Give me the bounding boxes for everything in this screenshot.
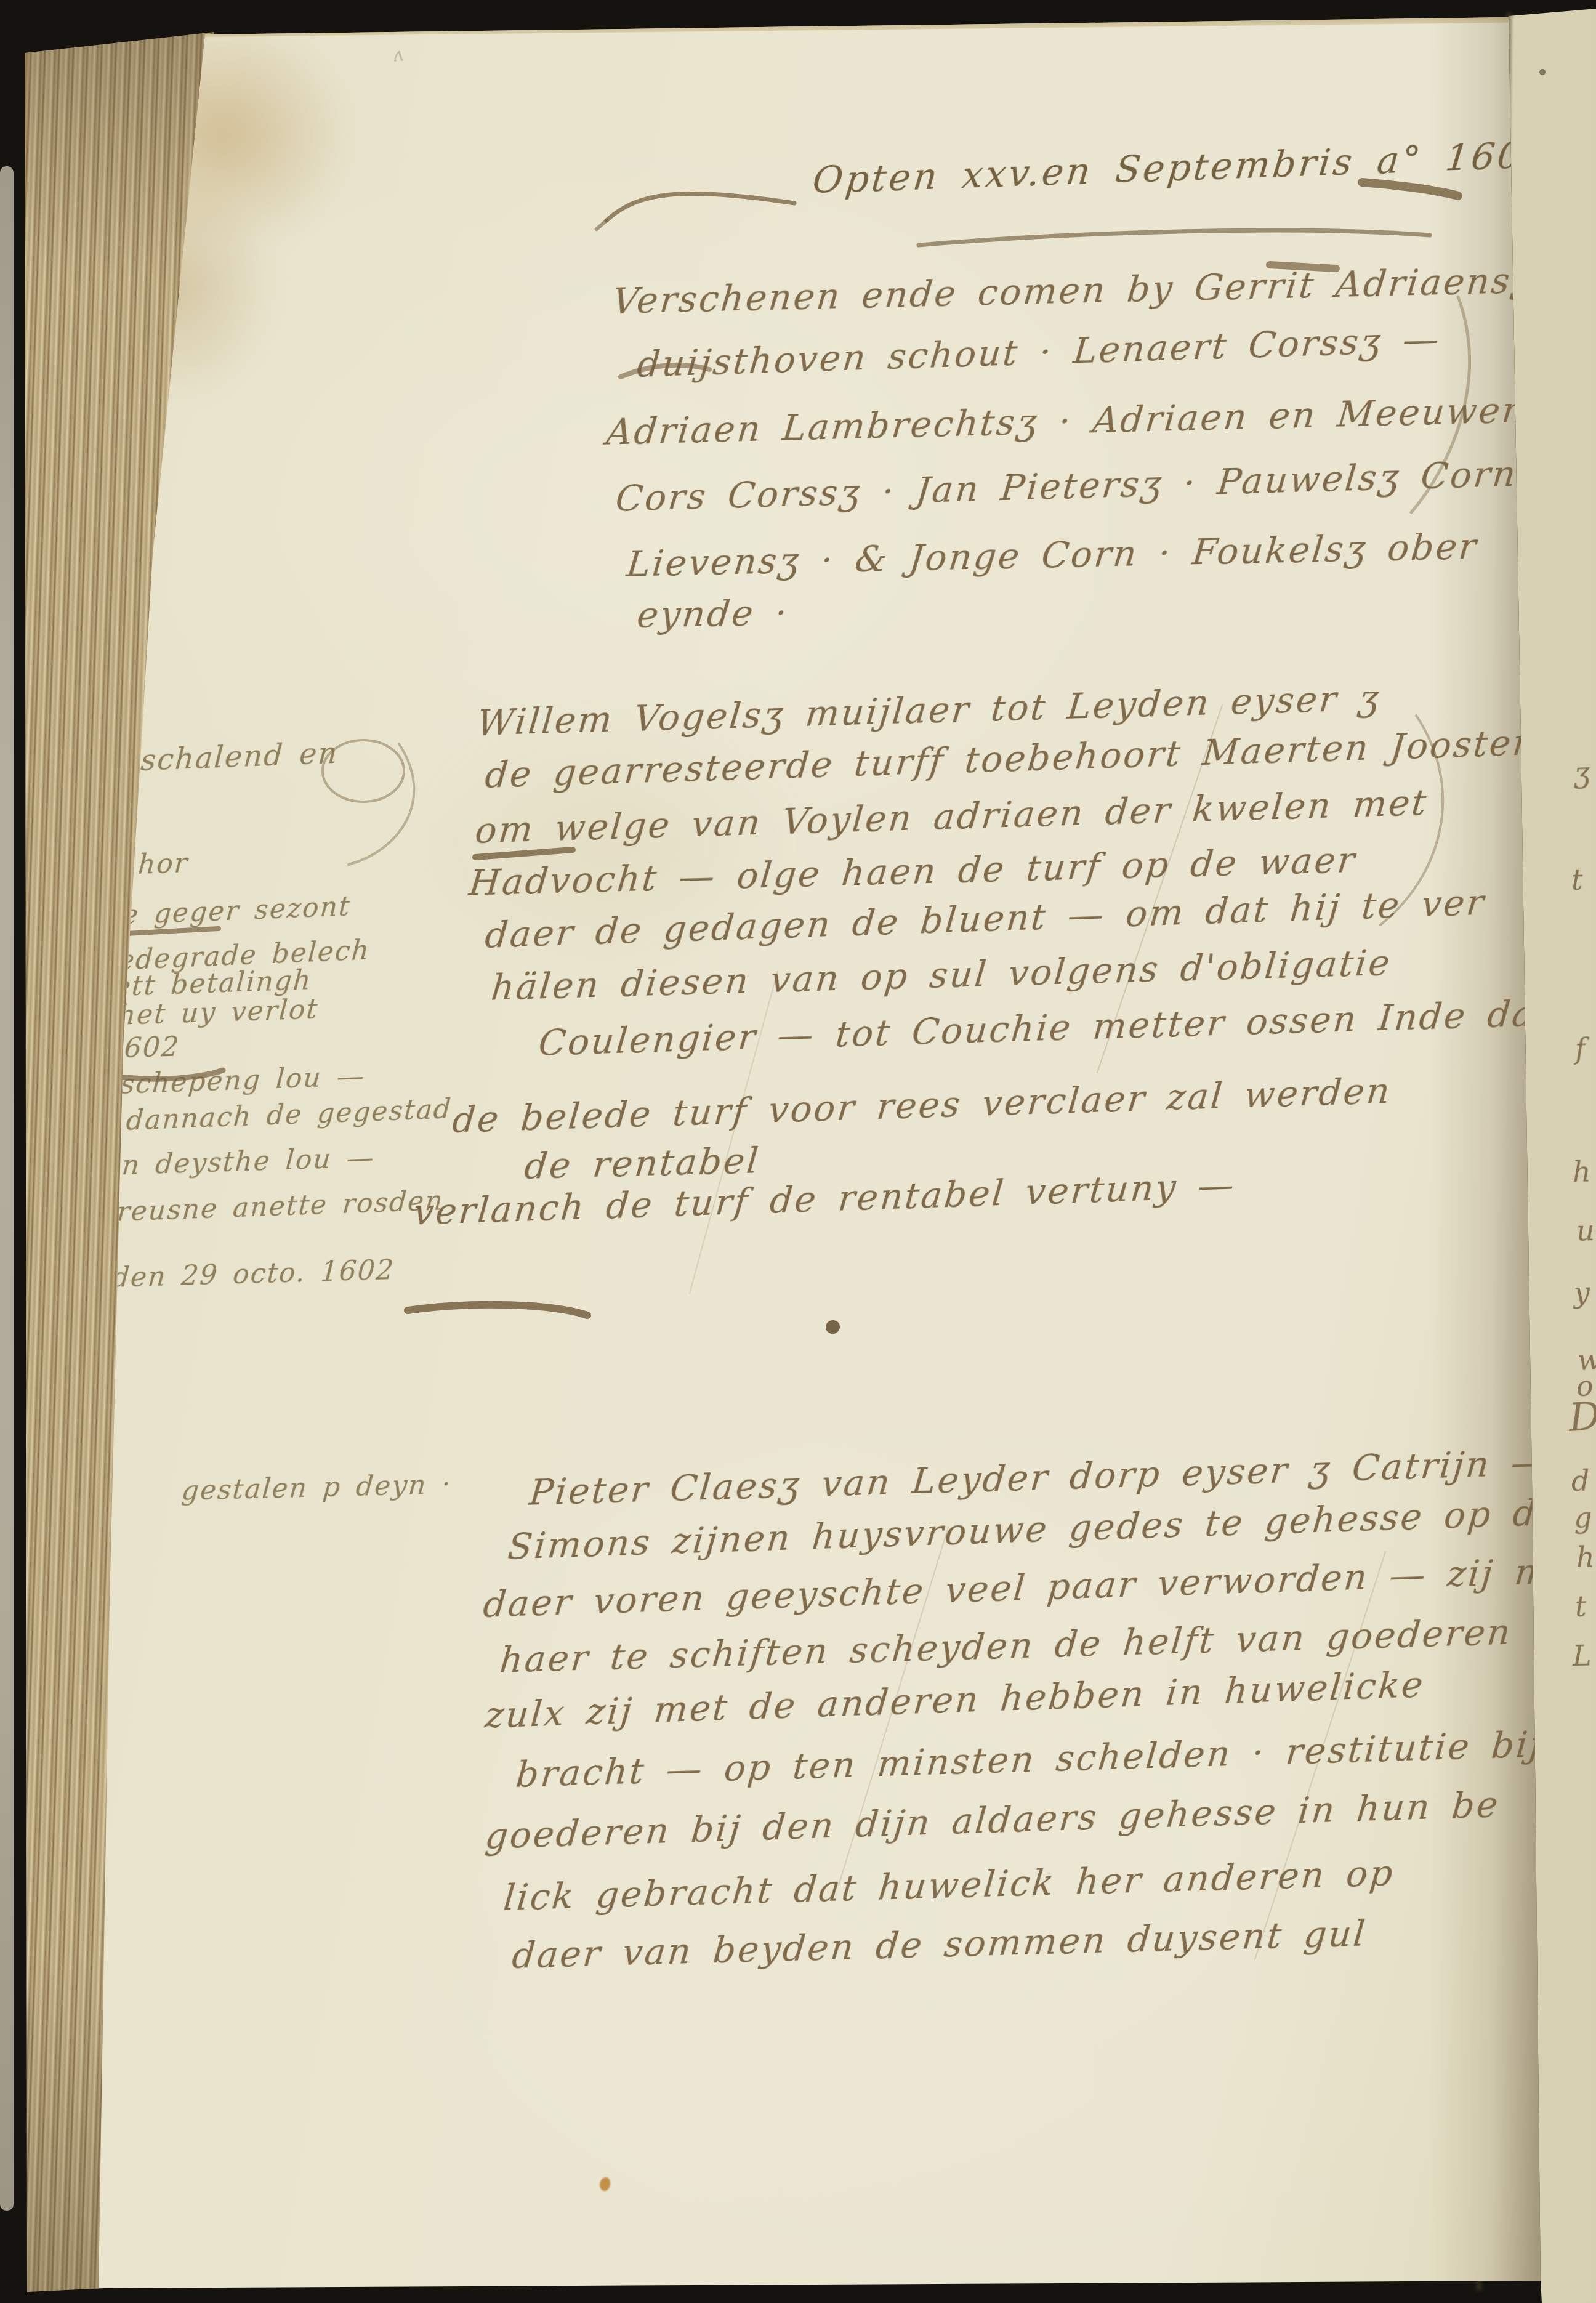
facing-text-fragment: y (1574, 1276, 1590, 1309)
facing-text-fragment: h (1573, 1155, 1592, 1188)
facing-text-fragment: t (1571, 863, 1583, 897)
margin-note-line: in deysthe lou — (111, 1142, 376, 1182)
dark-speck (1539, 69, 1546, 75)
body-line: daer van beyden de sommen duysent gul (510, 1913, 1369, 1977)
facing-text-fragment: ʒ (1573, 756, 1590, 789)
facing-text-fragment: L (1573, 1639, 1592, 1672)
facing-text-fragment: u (1576, 1214, 1595, 1248)
caret-mark: ʌ (392, 44, 405, 66)
facing-text-fragment: d (1571, 1464, 1590, 1498)
margin-note-line: de geger sezont (102, 890, 352, 932)
facing-text-fragment: t (1574, 1589, 1587, 1623)
preamble-line: Lievensʒ · & Jonge Corn · Foukelsʒ ober (625, 525, 1480, 585)
manuscript-page: 4 ʌ Opten xxv.en Septembris a° 1602 Vers… (0, 0, 1596, 2303)
manuscript-scan: { "document": { "kind": "bound register … (0, 0, 1596, 2303)
header-lead-swash (607, 193, 794, 220)
body-line: de rentabel (523, 1140, 762, 1188)
facing-text-fragment: f (1574, 1031, 1586, 1065)
margin-note-line: gestalen p deyn · (180, 1469, 453, 1507)
preamble-line: Adriaen Lambrechtsʒ · Adriaen en Meeuwen… (605, 388, 1571, 453)
ink-blot (826, 1320, 840, 1334)
margin-note-line: reusne anette rosden (116, 1185, 445, 1228)
preamble-line: Verschenen ende comen by Gerrit Adriaens… (611, 259, 1536, 322)
margin-note-line: dannach de gegestad (125, 1094, 453, 1137)
body-line: de belede turf voor rees verclaer zal we… (451, 1070, 1393, 1141)
under-header-stroke (919, 230, 1430, 245)
rust-speck (600, 2177, 610, 2191)
facing-text-fragment: g (1573, 1501, 1592, 1535)
margin-note-line: schepeng lou — (119, 1060, 366, 1100)
preamble-line: duijsthoven schout · Lenaert Corssʒ — (635, 318, 1443, 385)
facing-text-fragment: h (1576, 1540, 1595, 1574)
book-block-edge-sliver (0, 166, 14, 2211)
body-line: bracht — op ten minsten schelden · resti… (514, 1723, 1544, 1796)
body-line: goederen bij den dijn aldaers gehesse in… (483, 1783, 1502, 1857)
margin-note-line: het uy verlot (117, 994, 320, 1031)
preamble-line: eynde · (635, 592, 791, 636)
facing-text-fragment: D (1568, 1393, 1596, 1441)
margin-date: den 29 octo. 1602 (111, 1254, 396, 1294)
body-line: lick gebracht dat huwelick her anderen o… (502, 1852, 1396, 1919)
margin-date-underline (408, 1305, 587, 1315)
